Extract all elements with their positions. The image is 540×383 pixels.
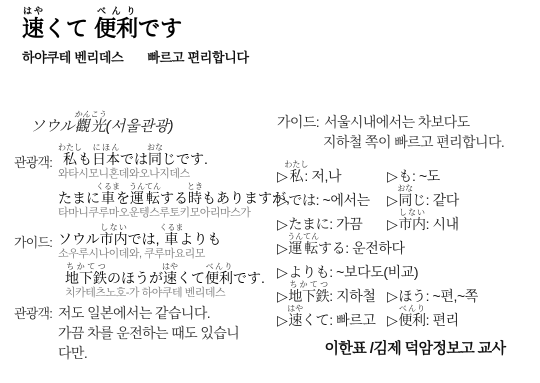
jp-text: を bbox=[116, 190, 130, 206]
vocab-word-ruby: 運転うんてん bbox=[288, 240, 318, 256]
vocab-word-text: くて bbox=[302, 312, 329, 328]
jp-ruby: 便利べんり bbox=[205, 270, 233, 286]
triangle-bullet-icon: ▷ bbox=[387, 216, 397, 232]
japanese-line: 私わたしも日本にほんでは同おなじです. bbox=[58, 143, 278, 167]
triangle-bullet-icon: ▷ bbox=[387, 288, 397, 304]
triangle-bullet-icon: ▷ bbox=[387, 312, 397, 328]
jp-ruby: 運転うんてん bbox=[130, 190, 160, 206]
heading-text: (서울관광) bbox=[106, 118, 174, 135]
vocab-item: ▷では: ~에서는 bbox=[277, 193, 387, 208]
subtitle: 하야쿠테 벤리데스빠르고 편리합니다 bbox=[22, 47, 249, 66]
vocab-word-text: ほう bbox=[398, 288, 425, 304]
heading-ruby: 觀光かんこう bbox=[75, 118, 106, 135]
jp-text: では bbox=[120, 151, 148, 167]
vocab-word-text: じ bbox=[412, 192, 426, 208]
vocab-item: ▷便利べんり: 편리 bbox=[387, 304, 539, 328]
speaker-label: 관광객: bbox=[14, 303, 58, 363]
triangle-bullet-icon: ▷ bbox=[277, 192, 287, 208]
vocab-list: ▷私わたし: 저,나▷も: ~도▷では: ~에서는▷同おなじ: 같다▷たまに: … bbox=[277, 160, 539, 328]
dialog-block: 관광객:私わたしも日本にほんでは同おなじです.와타시모니혼데와오나지데스たまに車… bbox=[14, 143, 278, 221]
vocab-meaning: : 빠르고 bbox=[329, 312, 375, 328]
lesson-slide: 速はやくて 便利べんりです 하야쿠테 벤리데스빠르고 편리합니다 ソウル觀光かん… bbox=[0, 0, 540, 383]
vocab-row: ▷速はやくて: 빠르고▷便利べんり: 편리 bbox=[277, 304, 539, 328]
dialog-lines: 저도 일본에서는 같습니다.가끔 차를 운전하는 때도 있습니다만. bbox=[58, 303, 278, 363]
jp-text: のほうが bbox=[107, 270, 163, 286]
credit-line: 이한표 /김제 덕암정보고 교사 bbox=[277, 337, 539, 358]
vocab-item: ▷速はやくて: 빠르고 bbox=[277, 304, 387, 328]
title-ruby: 速はや bbox=[22, 16, 44, 41]
vocab-item: ▷ほう: ~편,~쪽 bbox=[387, 289, 539, 304]
speaker-label: 관광객: bbox=[14, 143, 58, 221]
dialog-column: ソウル觀光かんこう(서울관광) 관광객:私わたしも日本にほんでは同おなじです.와… bbox=[14, 110, 278, 363]
vocab-meaning: : 저,나 bbox=[304, 168, 341, 184]
jp-text: では, bbox=[128, 231, 164, 247]
vocab-item: ▷も: ~도 bbox=[387, 169, 539, 184]
vocab-word-text: も bbox=[398, 168, 412, 184]
vocab-word-ruby: 同おな bbox=[398, 192, 412, 208]
vocab-word-ruby: 速はや bbox=[288, 312, 302, 328]
vocab-item: ▷地下鉄ちかてつ: 지하철 bbox=[277, 280, 387, 304]
title-block: 速はやくて 便利べんりです 하야쿠테 벤리데스빠르고 편리합니다 bbox=[22, 6, 249, 66]
vocab-word-text: たまに bbox=[288, 216, 329, 232]
jp-ruby: 速はや bbox=[163, 270, 177, 286]
triangle-bullet-icon: ▷ bbox=[277, 312, 287, 328]
vocab-row: ▷たまに: 가끔▷市内しない: 시내 bbox=[277, 208, 539, 232]
dialog-block: 관광객:저도 일본에서는 같습니다.가끔 차를 운전하는 때도 있습니다만. bbox=[14, 303, 278, 363]
speaker-label: 가이드: bbox=[14, 223, 58, 301]
vocab-row: ▷運転うんてんする: 운전하다 bbox=[277, 232, 539, 256]
heading-text: ソウル bbox=[30, 118, 75, 135]
jp-ruby: 日本にほん bbox=[92, 151, 120, 167]
triangle-bullet-icon: ▷ bbox=[277, 216, 287, 232]
jp-ruby: 車くるま bbox=[163, 231, 179, 247]
jp-text: よりも bbox=[179, 231, 221, 247]
triangle-bullet-icon: ▷ bbox=[387, 192, 397, 208]
dialog-list: 관광객:私わたしも日本にほんでは同おなじです.와타시모니혼데와오나지데스たまに車… bbox=[14, 143, 278, 363]
translation-line-2: 지하철 쪽이 빠르고 편리합니다. bbox=[323, 132, 539, 152]
pronunciation-line: 치카테츠노호-가 하야쿠테 벤리데스 bbox=[65, 286, 278, 301]
vocab-item: ▷たまに: 가끔 bbox=[277, 217, 387, 232]
jp-text: くて bbox=[177, 270, 205, 286]
jp-ruby: 車くるま bbox=[100, 190, 116, 206]
translation-dialog: 가이드:서울시내에서는 차보다도 지하철 쪽이 빠르고 편리합니다. bbox=[277, 112, 539, 152]
korean-line: 다만. bbox=[58, 343, 278, 363]
vocab-meaning: : ~에서는 bbox=[316, 192, 370, 208]
vocab-meaning: : ~보다도(비교) bbox=[329, 264, 418, 280]
pronunciation-line: 타마니쿠루마오운텡스루토키모아리마스가 bbox=[58, 206, 278, 221]
vocab-item: ▷運転うんてんする: 운전하다 bbox=[277, 232, 539, 256]
korean-line: 가끔 차를 운전하는 때도 있습니 bbox=[58, 323, 278, 343]
vocab-meaning: : ~도 bbox=[412, 168, 440, 184]
jp-text: です. bbox=[233, 270, 265, 286]
dialog-lines: ソウル市内しないでは, 車くるまよりも소우루시나이데와, 쿠루마요리모地下鉄ちか… bbox=[58, 223, 278, 301]
jp-text: じです. bbox=[162, 151, 208, 167]
vocab-meaning: : 편리 bbox=[426, 312, 459, 328]
jp-text: たまに bbox=[58, 190, 100, 206]
vocab-row: ▷私わたし: 저,나▷も: ~도 bbox=[277, 160, 539, 184]
vocab-item: ▷市内しない: 시내 bbox=[387, 208, 539, 232]
vocab-item: ▷同おなじ: 같다 bbox=[387, 184, 539, 208]
triangle-bullet-icon: ▷ bbox=[277, 240, 287, 256]
jp-text: ソウル bbox=[58, 231, 100, 247]
japanese-line: 地下鉄ちかてつのほうが速はやくて便利べんりです. bbox=[65, 262, 278, 286]
jp-ruby: 同おな bbox=[148, 151, 162, 167]
japanese-line: たまに車くるまを運転うんてんする時ときもありますが, bbox=[58, 182, 278, 206]
vocab-row: ▷では: ~에서는▷同おなじ: 같다 bbox=[277, 184, 539, 208]
vocab-word-ruby: 市内しない bbox=[398, 216, 425, 232]
vocab-word-ruby: 便利べんり bbox=[398, 312, 425, 328]
korean-line: 저도 일본에서는 같습니다. bbox=[58, 303, 278, 323]
jp-text: する bbox=[160, 190, 188, 206]
jp-ruby: 市内しない bbox=[100, 231, 128, 247]
jp-ruby: 時とき bbox=[188, 190, 202, 206]
subtitle-pronunciation: 하야쿠테 벤리데스 bbox=[22, 50, 123, 65]
title-text: くて bbox=[44, 16, 94, 41]
subtitle-meaning: 빠르고 편리합니다 bbox=[147, 50, 248, 65]
vocab-meaning: : ~편,~쪽 bbox=[426, 288, 478, 304]
translation-line-1: 서울시내에서는 차보다도 bbox=[324, 114, 469, 130]
vocab-meaning: : 시내 bbox=[426, 216, 459, 232]
translation-column: 가이드:서울시내에서는 차보다도 지하철 쪽이 빠르고 편리합니다. ▷私わたし… bbox=[277, 112, 539, 358]
vocab-meaning: : 가끔 bbox=[329, 216, 362, 232]
vocab-item: ▷よりも: ~보다도(비교) bbox=[277, 265, 539, 280]
vocab-word-text: よりも bbox=[288, 264, 329, 280]
vocab-meaning: : 지하철 bbox=[329, 288, 375, 304]
jp-ruby: 私わたし bbox=[58, 151, 78, 167]
vocab-word-ruby: 私わたし bbox=[288, 168, 304, 184]
vocab-item: ▷私わたし: 저,나 bbox=[277, 160, 387, 184]
title-ruby: 便利べんり bbox=[94, 16, 138, 41]
title-text: です bbox=[138, 16, 182, 41]
vocab-word-text: では bbox=[288, 192, 315, 208]
vocab-word-ruby: 地下鉄ちかてつ bbox=[288, 288, 329, 304]
vocab-row: ▷よりも: ~보다도(비교) bbox=[277, 256, 539, 280]
page-title: 速はやくて 便利べんりです bbox=[22, 6, 249, 40]
vocab-word-text: する bbox=[318, 240, 345, 256]
vocab-meaning: : 같다 bbox=[426, 192, 459, 208]
vocab-meaning: : 운전하다 bbox=[345, 240, 404, 256]
speaker-label: 가이드: bbox=[277, 114, 319, 130]
japanese-line: ソウル市内しないでは, 車くるまよりも bbox=[58, 223, 278, 247]
jp-ruby: 地下鉄ちかてつ bbox=[65, 270, 107, 286]
jp-text: も bbox=[78, 151, 92, 167]
triangle-bullet-icon: ▷ bbox=[277, 264, 287, 280]
dialog-lines: 私わたしも日本にほんでは同おなじです.와타시모니혼데와오나지데스たまに車くるまを… bbox=[58, 143, 278, 221]
section-heading: ソウル觀光かんこう(서울관광) bbox=[30, 110, 278, 134]
triangle-bullet-icon: ▷ bbox=[277, 288, 287, 304]
triangle-bullet-icon: ▷ bbox=[387, 168, 397, 184]
vocab-row: ▷地下鉄ちかてつ: 지하철▷ほう: ~편,~쪽 bbox=[277, 280, 539, 304]
pronunciation-line: 와타시모니혼데와오나지데스 bbox=[58, 167, 278, 182]
pronunciation-line: 소우루시나이데와, 쿠루마요리모 bbox=[58, 247, 278, 262]
dialog-block: 가이드:ソウル市内しないでは, 車くるまよりも소우루시나이데와, 쿠루마요리모地… bbox=[14, 223, 278, 301]
